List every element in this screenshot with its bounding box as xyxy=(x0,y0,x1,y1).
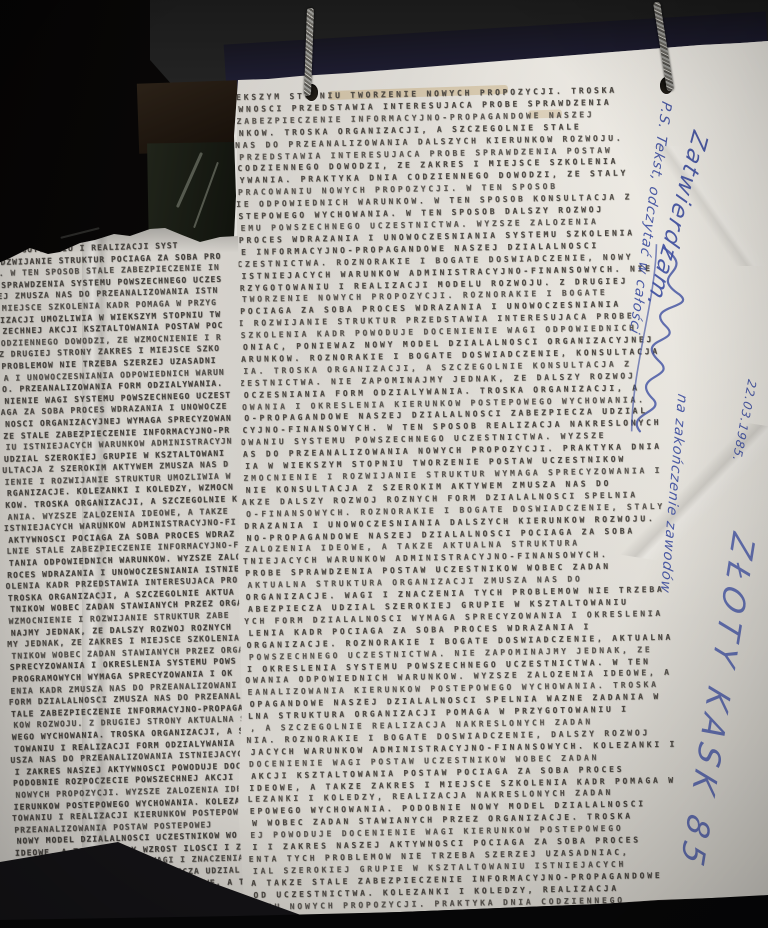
typed-text-block-left: PRZYGOTOWANIU I REALIZACJI SYSTDZWIJANIE… xyxy=(0,238,263,917)
scratch-highlight xyxy=(60,227,99,239)
typed-page-left: PRZYGOTOWANIU I REALIZACJI SYSTDZWIJANIE… xyxy=(0,225,246,928)
photo-of-hanging-documents: EKSZYM STOPNIU TWORZENIE NOWYCH PROPOZYC… xyxy=(0,0,768,928)
